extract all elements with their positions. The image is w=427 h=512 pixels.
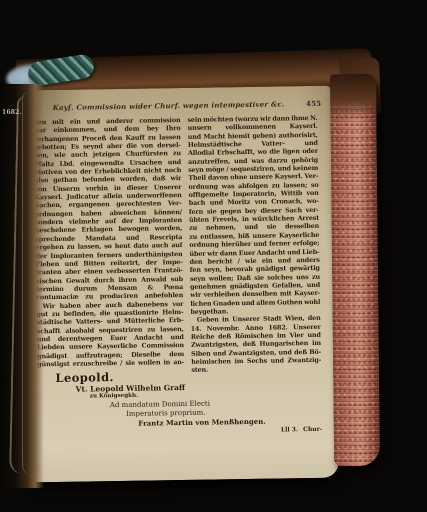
fore-edge-top-corner <box>330 74 376 120</box>
left-column: den mit ein und anderer commissionwar ei… <box>33 116 184 372</box>
signature-mark-and-catchword: Lll 3. Chur- <box>32 426 322 438</box>
curved-page-edge-line-2 <box>22 92 33 476</box>
margin-year-note: 1682. <box>2 109 22 116</box>
catchword: Chur- <box>303 426 322 433</box>
right-column: sein möchten (worzu wir dann ihme N.unse… <box>187 114 321 370</box>
running-header-row: Kayſ. Commission wider Churf. wegen inte… <box>35 99 321 115</box>
mandate-formula-line2: Imperatoris proprium. <box>126 409 206 418</box>
book-page: Kayſ. Commission wider Churf. wegen inte… <box>27 86 339 483</box>
text-columns: den mit ein und anderer commissionwar ei… <box>33 114 321 372</box>
running-header: Kayſ. Commission wider Churf. wegen inte… <box>35 99 302 112</box>
book-photo: Kayſ. Commission wider Churf. wegen inte… <box>0 0 427 512</box>
page-number: 455 <box>306 99 321 108</box>
sovereign-signature: Leopold. <box>55 370 114 385</box>
countersignature-line2: zu Königsegkh. <box>90 393 138 400</box>
gathering-signature-mark: Lll 3. <box>281 426 298 433</box>
fore-edge <box>330 74 380 466</box>
text-line: günstigst erzuschreibe / sie wollen in a… <box>37 358 184 369</box>
text-line: sten. <box>191 364 321 374</box>
mandate-formula-line1: Ad mandatum Domini Electi <box>110 400 210 410</box>
